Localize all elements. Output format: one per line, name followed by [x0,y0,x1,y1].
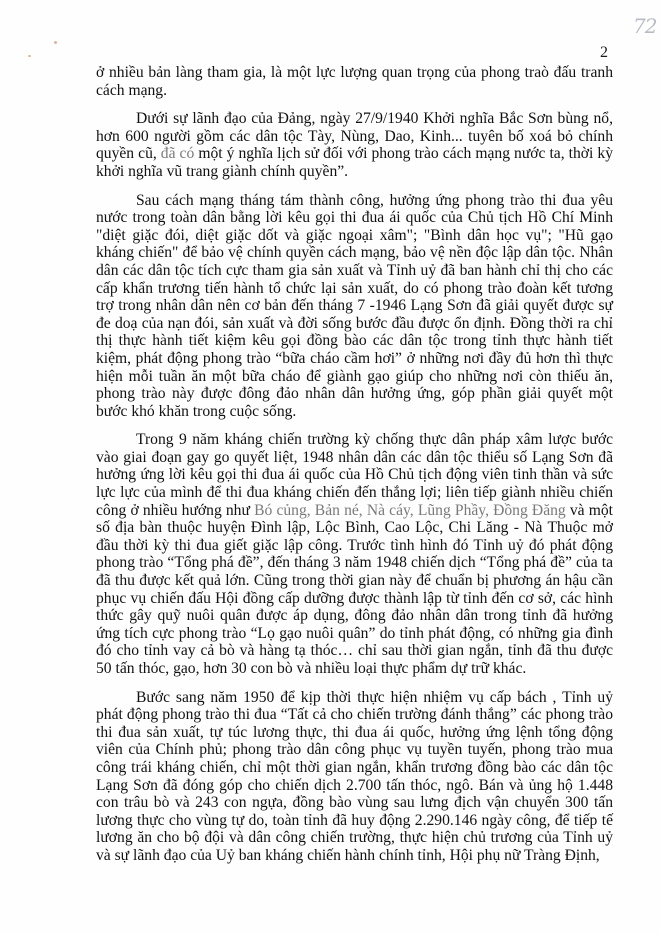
scan-speck [28,55,31,57]
paragraph: Dưới sự lãnh đạo của Đảng, ngày 27/9/194… [96,110,613,180]
document-body: ở nhiều bản làng tham gia, là một lực lư… [96,64,613,876]
faded-text-segment: Bó củng, Bản né, Nà cáy, Lũng Phầy, Đồng… [254,502,566,519]
text-segment: Bước sang năm 1950 để kịp thời thực hiện… [96,689,613,864]
document-page: 72 2 ở nhiều bản làng tham gia, là một l… [0,0,660,933]
paragraph: Trong 9 năm kháng chiến trường kỳ chống … [96,431,613,677]
paragraph: ở nhiều bản làng tham gia, là một lực lư… [96,64,613,99]
faded-text-segment: đã có [161,145,194,162]
text-segment: và một số địa bàn thuộc huyện Đình lập, … [96,502,613,677]
text-segment: ở nhiều bản làng tham gia, là một lực lư… [96,64,613,99]
scan-speck [54,41,57,44]
text-segment: Sau cách mạng tháng tám thành công, hưởn… [96,192,613,420]
paragraph: Bước sang năm 1950 để kịp thời thực hiện… [96,689,613,865]
page-number: 2 [600,44,608,62]
paragraph: Sau cách mạng tháng tám thành công, hưởn… [96,192,613,421]
handwritten-page-mark: 72 [633,14,656,38]
